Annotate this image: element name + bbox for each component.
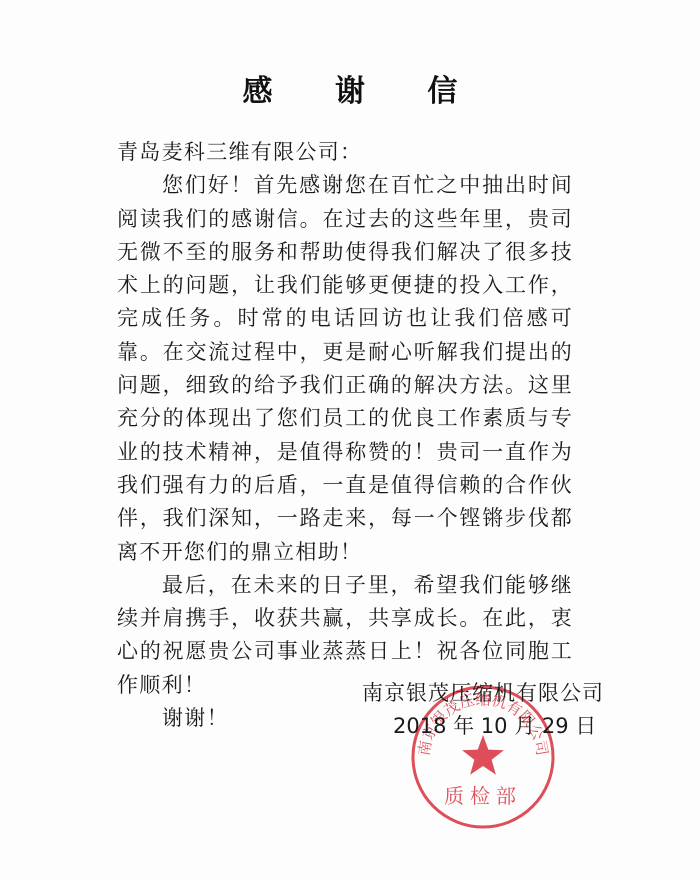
signature-company: 南京银茂压缩机有限公司: [362, 678, 604, 708]
paragraph-main: 您们好！首先感谢您在百忙之中抽出时间阅读我们的感谢信。在过去的这些年里，贵司无微…: [117, 169, 573, 569]
page-title: 感 谢 信: [0, 72, 700, 112]
letter-body: 青岛麦科三维有限公司： 您们好！首先感谢您在百忙之中抽出时间阅读我们的感谢信。在…: [117, 136, 573, 735]
seal-center-text: 质检部: [444, 784, 522, 808]
signature-date: 2018 年 10 月 29 日: [393, 711, 596, 741]
letter-page: 感 谢 信 青岛麦科三维有限公司： 您们好！首先感谢您在百忙之中抽出时间阅读我们…: [0, 0, 700, 880]
salutation: 青岛麦科三维有限公司：: [117, 136, 573, 169]
